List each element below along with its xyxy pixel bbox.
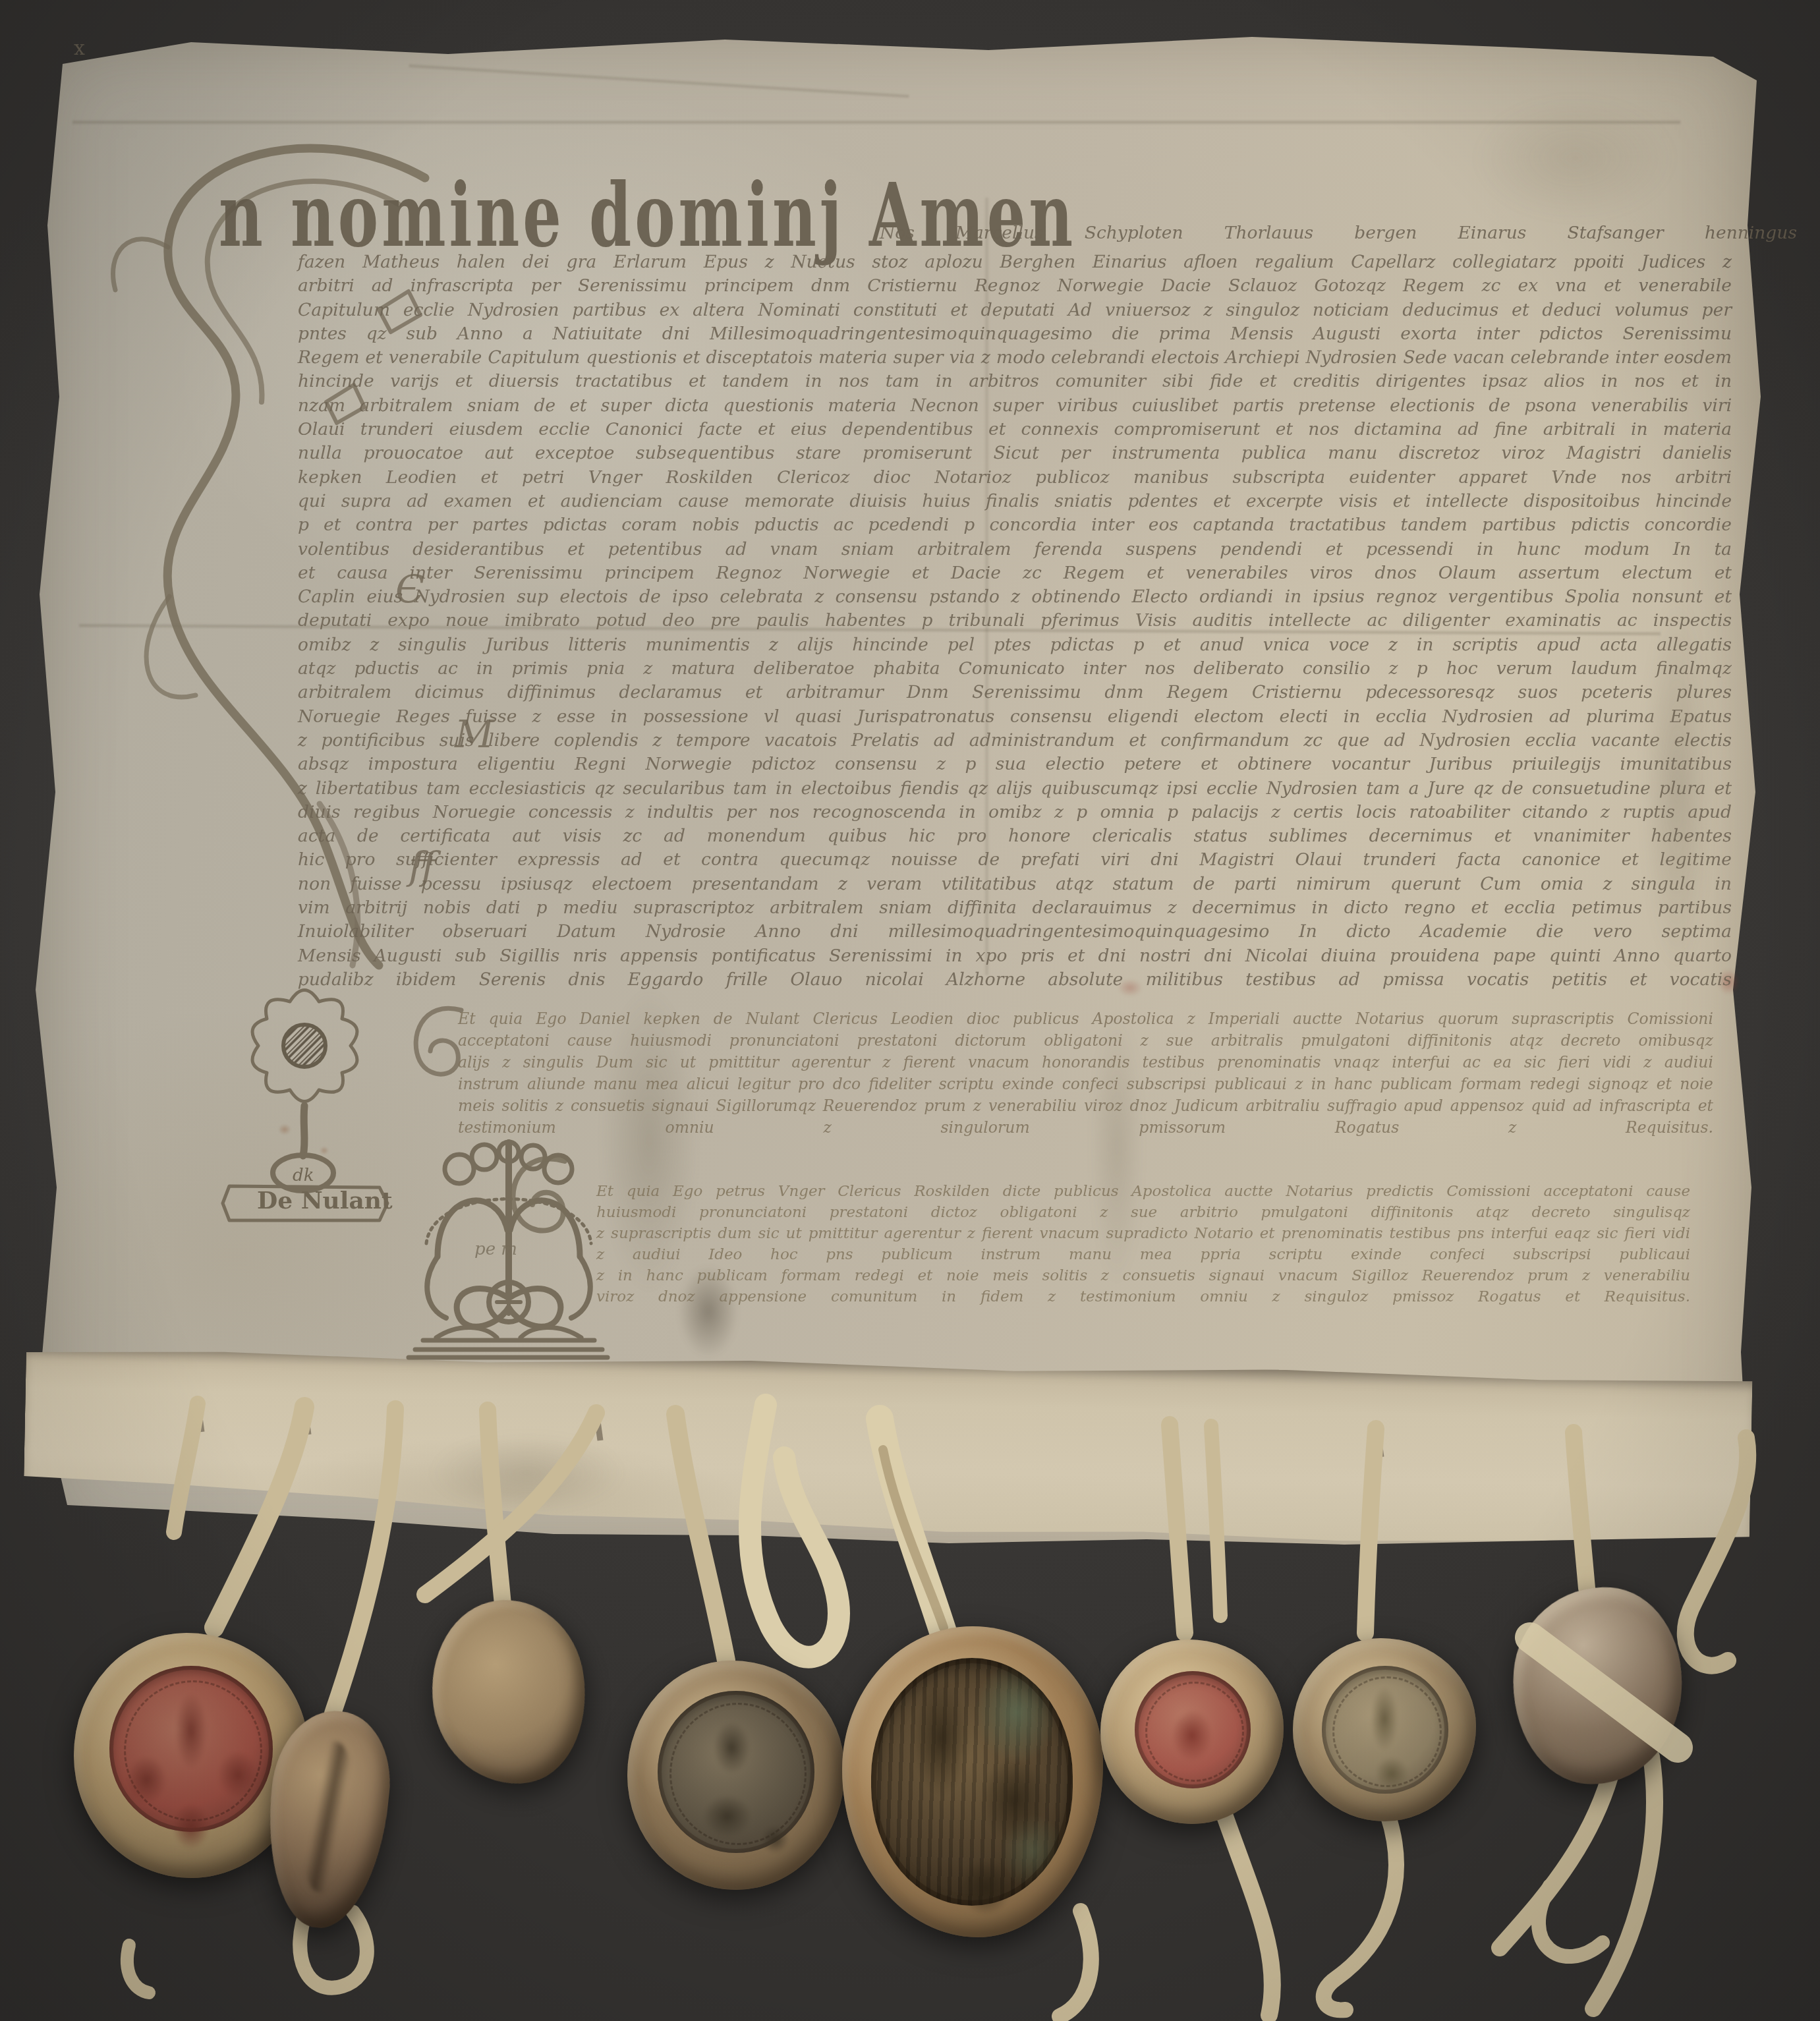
manuscript-line: volentibus desiderantibus et petentibus … [298, 538, 1732, 561]
notary-line: z in hanc publicam formam redegi et noie… [596, 1265, 1690, 1286]
manuscript-line: z pontificibus suis libere coplendis z t… [298, 729, 1732, 753]
seal-dark-shield [627, 1661, 845, 1890]
rosette-center [283, 1025, 326, 1067]
photograph-stage: x Є M ﬀ n nomine dominj Amen Nos Marcell… [0, 0, 1820, 2021]
manuscript-line: atqz pductis ac in primis pnia z matura … [298, 657, 1732, 681]
notary-line: testimonium omniu z singulorum pmissorum… [458, 1117, 1713, 1139]
seal-relief-profile-head [1100, 1639, 1284, 1824]
manuscript-line: Mensis Augusti sub Sigillis nris appensi… [298, 944, 1732, 968]
manuscript-line: Capitulum ecclie Nydrosien partibus ex a… [298, 299, 1732, 322]
notary-line: alijs z singulis Dum sic ut pmittitur ag… [458, 1052, 1713, 1073]
corner-mark: x [74, 37, 85, 60]
notary-line: z suprascriptis dum sic ut pmittitur age… [596, 1223, 1690, 1244]
manuscript-line: nulla prouocatoe aut exceptoe subsequent… [298, 441, 1732, 465]
manuscript-line: hincinde varijs et diuersis tractatibus … [298, 370, 1732, 393]
manuscript-line: arbitralem dicimus diffinimus declaramus… [298, 681, 1732, 704]
notary-line: z audiui Ideo hoc pns publicum instrum m… [596, 1244, 1690, 1265]
manuscript-line: acta de certificata aut visis zc ad mone… [298, 824, 1732, 848]
rosette-notarial-mark: dk De Nulant [219, 977, 395, 1222]
manuscript-line: hic pro sufficienter expressis ad et con… [298, 848, 1732, 872]
manuscript-line: et causa inter Serenissimu principem Reg… [298, 561, 1732, 585]
manuscript-line: diuis regibus Noruegie concessis z indul… [298, 801, 1732, 824]
manuscript-line: Inuiolabiliter obseruari Datum Nydrosie … [298, 920, 1732, 944]
seal-relief-shield [627, 1661, 845, 1890]
manuscript-line: z libertatibus tam ecclesiasticis qz sec… [298, 777, 1732, 801]
seal-wax-remnant-round [420, 1590, 598, 1794]
opening-line: Nos Marcellus Schyploten Thorlauus berge… [880, 221, 1797, 245]
notary-attestation-petrus: Et quia Ego petrus Vnger Clericus Roskil… [596, 1181, 1690, 1307]
manuscript-line: p et contra per partes pdictas coram nob… [298, 513, 1732, 537]
parchment-strip-over-seal8 [1502, 1601, 1713, 1773]
manuscript-line: Noruegie Reges fuisse z esse in possessi… [298, 705, 1732, 729]
notary-line: acceptatoni cause huiusmodi pronunciaton… [458, 1030, 1713, 1052]
notary2-initial-flourish [502, 1148, 575, 1240]
seal-large-chapter [842, 1626, 1103, 1937]
manuscript-line: arbitri ad infrascripta per Serenissimu … [298, 274, 1732, 298]
manuscript-line: absqz impostura eligentiu Regni Norwegie… [298, 753, 1732, 776]
manuscript-line: pudalibz ibidem Serenis dnis Eggardo fri… [298, 968, 1732, 992]
seal-wax-remnant-almond [258, 1705, 397, 1934]
seal-red-profile [1100, 1639, 1284, 1824]
notary-line: Et quia Ego Daniel kepken de Nulant Cler… [458, 1008, 1713, 1030]
plica-fold [22, 1346, 1753, 1576]
manuscript-line: vim arbitrij nobis dati p mediu suprascr… [298, 896, 1732, 920]
notary-line: viroz dnoz appensione comunitum in fidem… [596, 1286, 1690, 1307]
notary-line: meis solitis z consuetis signaui Sigillo… [458, 1095, 1713, 1117]
seal-olive-figure [1293, 1638, 1476, 1821]
manuscript-line: Regem et venerabile Capitulum questionis… [298, 346, 1732, 370]
manuscript-line: fazen Matheus halen dei gra Erlarum Epus… [298, 250, 1732, 274]
wax-blob [420, 1590, 598, 1794]
main-text-block: fazen Matheus halen dei gra Erlarum Epus… [298, 250, 1732, 992]
notary-line: huiusmodi pronunciatoni prestatoni dicto… [596, 1202, 1690, 1223]
manuscript-line: kepken Leodien et petri Vnger Roskilden … [298, 466, 1732, 490]
manuscript-line: qui supra ad examen et audienciam cause … [298, 490, 1732, 513]
notary-line: Et quia Ego petrus Vnger Clericus Roskil… [596, 1181, 1690, 1202]
manuscript-line: pntes qz sub Anno a Natiuitate dni Mille… [298, 322, 1732, 346]
manuscript-line: non fuisse pcessu ipsiusqz electoem pres… [298, 872, 1732, 896]
manuscript-line: nzam arbitralem sniam de et super dicta … [298, 394, 1732, 418]
manuscript-line: deputati expo noue imibrato potud deo pr… [298, 609, 1732, 633]
manuscript-line: omibz z singulis Juribus litteris munime… [298, 633, 1732, 657]
mark-letters: pe m [474, 1239, 517, 1259]
manuscript-line: Caplin eius Nydrosien sup electois de ip… [298, 585, 1732, 609]
wax-blob [258, 1705, 397, 1934]
notary-attestation-daniel: Et quia Ego Daniel kepken de Nulant Cler… [458, 1008, 1713, 1139]
knot-letters: dk [293, 1166, 314, 1185]
seal-relief-church-facade [842, 1626, 1103, 1937]
notary-line: instrum aliunde manu mea alicui legitur … [458, 1073, 1713, 1095]
notary-banner-label: De Nulant [257, 1187, 393, 1214]
manuscript-line: Olaui trunderi eiusdem ecclie Canonici f… [298, 418, 1732, 441]
seal-relief-standing-figure [1293, 1638, 1476, 1821]
